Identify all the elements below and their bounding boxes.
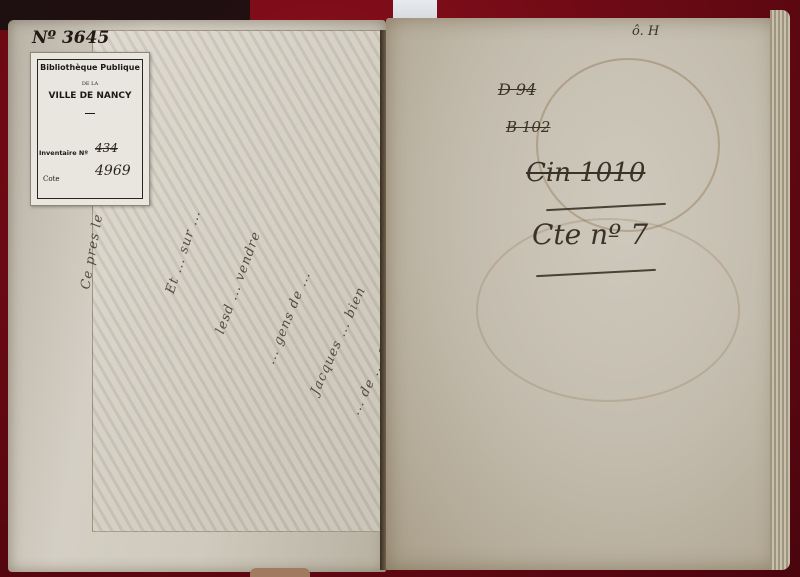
handwriting-line: Et ... sur ... (163, 208, 204, 296)
page-top-note: ô. H (632, 24, 659, 39)
label-divider (85, 113, 95, 114)
label-inventory-value: 434 (95, 141, 118, 155)
label-library-name: Bibliothèque Publique (31, 63, 149, 72)
right-page: ô. H D 94 B 102 Cin 1010 Cte nº 7 (386, 18, 778, 570)
shelfmark-number: Nº 3645 (32, 28, 109, 48)
struck-shelfmark: Cin 1010 (526, 158, 645, 188)
handwriting-line: ... gens de ... (263, 269, 314, 367)
label-de-la: DE LA (31, 81, 149, 87)
page-edges (770, 10, 790, 570)
hand-holding-book (250, 568, 310, 577)
label-cote-value: 4969 (95, 163, 131, 179)
library-label: Bibliothèque Publique DE LA VILLE DE NAN… (30, 52, 150, 206)
handwriting-line: lesd ... vendre (213, 229, 264, 336)
struck-shelfmark: D 94 (498, 80, 536, 99)
label-city: VILLE DE NANCY (31, 91, 149, 101)
label-cote-caption: Cote (43, 175, 60, 183)
label-inventory-caption: Inventaire Nº (39, 149, 88, 157)
current-shelfmark: Cte nº 7 (532, 218, 648, 251)
handwriting-line: Jacques ... bien (308, 285, 369, 398)
struck-shelfmark: B 102 (506, 118, 550, 136)
